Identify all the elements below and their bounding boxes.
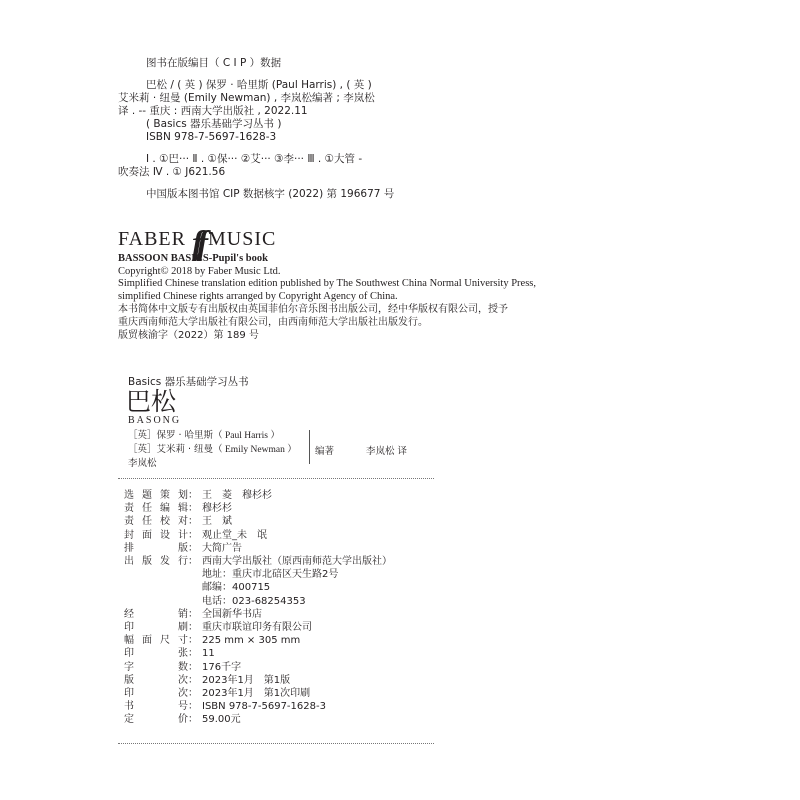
detail-label: 字数 bbox=[124, 661, 188, 674]
detail-label: 印张 bbox=[124, 647, 188, 660]
detail-value: 西南大学出版社（原西南师范大学出版社） bbox=[202, 555, 392, 568]
detail-value: 2023年1月 第1次印刷 bbox=[202, 687, 310, 700]
detail-row: 责任编辑：穆杉杉 bbox=[124, 502, 392, 515]
detail-row: 经销：全国新华书店 bbox=[124, 608, 392, 621]
detail-value: 全国新华书店 bbox=[202, 608, 262, 621]
detail-label: 印刷 bbox=[124, 621, 188, 634]
translation-notice-line: Simplified Chinese translation edition p… bbox=[118, 278, 536, 291]
detail-row: 邮编：400715 bbox=[124, 581, 392, 594]
detail-value: 穆杉杉 bbox=[202, 502, 232, 515]
detail-row: 责任校对：王 斌 bbox=[124, 515, 392, 528]
detail-value: 176千字 bbox=[202, 661, 241, 674]
cip-entry-line: ISBN 978-7-5697-1628-3 bbox=[118, 131, 458, 144]
author-line: ［英］艾米莉 · 纽曼（ Emily Newman ） bbox=[128, 443, 297, 457]
author-name-zh: ［英］保罗 · 哈里斯 bbox=[128, 430, 213, 441]
detail-value: 11 bbox=[202, 647, 215, 660]
original-book-title: BASSOON BASICS-Pupil's book bbox=[118, 253, 536, 266]
detail-value: 观止堂_未 氓 bbox=[202, 529, 267, 542]
detail-value: 225 mm × 305 mm bbox=[202, 634, 300, 647]
detail-label: 选题策划 bbox=[124, 489, 188, 502]
publication-details: 选题策划：王 菱 穆杉杉责任编辑：穆杉杉责任校对：王 斌封面设计：观止堂_未 氓… bbox=[124, 489, 392, 727]
detail-row: 电话：023-68254353 bbox=[124, 595, 392, 608]
detail-label: 封面设计 bbox=[124, 529, 188, 542]
detail-label: 定价 bbox=[124, 713, 188, 726]
detail-label: 责任编辑 bbox=[124, 502, 188, 515]
detail-value: 大简广告 bbox=[202, 542, 242, 555]
detail-value: 59.00元 bbox=[202, 713, 241, 726]
detail-value: 王 菱 穆杉杉 bbox=[202, 489, 272, 502]
copyright-block: BASSOON BASICS-Pupil's book Copyright© 2… bbox=[118, 253, 536, 342]
detail-value: 2023年1月 第1版 bbox=[202, 674, 290, 687]
detail-row: 幅面尺寸：225 mm × 305 mm bbox=[124, 634, 392, 647]
detail-label: 版次 bbox=[124, 674, 188, 687]
detail-row: 地址：重庆市北碚区天生路2号 bbox=[124, 568, 392, 581]
cip-subject-line: 吹奏法 Ⅳ . ① J621.56 bbox=[118, 166, 458, 179]
detail-label: 书号 bbox=[124, 700, 188, 713]
author-name-en: （ Paul Harris ） bbox=[213, 431, 280, 441]
author-line: 李岚松 bbox=[128, 457, 297, 471]
author-name-en: （ Emily Newman ） bbox=[213, 445, 297, 455]
dotted-divider-bottom bbox=[118, 743, 434, 744]
cip-entry-line: ( Basics 器乐基础学习丛书 ) bbox=[118, 118, 458, 131]
cip-subject-line: Ⅰ . ①巴··· Ⅱ . ①保··· ②艾··· ③李··· Ⅲ . ①大管 … bbox=[118, 153, 458, 166]
detail-row: 印刷：重庆市联谊印务有限公司 bbox=[124, 621, 392, 634]
detail-value: 重庆市联谊印务有限公司 bbox=[202, 621, 312, 634]
detail-value: 王 斌 bbox=[202, 515, 232, 528]
cip-heading: 图书在版编目（ C I P ）数据 bbox=[118, 57, 458, 70]
detail-label: 排版 bbox=[124, 542, 188, 555]
rights-notice-zh-line: 本书简体中文版专有出版权由英国菲伯尔音乐图书出版公司，经中华版权有限公司，授予 bbox=[118, 303, 536, 316]
author-role: 编著 bbox=[315, 443, 334, 457]
detail-label: 出版发行 bbox=[124, 555, 188, 568]
cip-data-block: 图书在版编目（ C I P ）数据 巴松 / ( 英 ) 保罗 · 哈里斯 (P… bbox=[118, 57, 458, 201]
detail-value: 地址：重庆市北碚区天生路2号 bbox=[202, 568, 338, 581]
detail-row: 出版发行：西南大学出版社（原西南师范大学出版社） bbox=[124, 555, 392, 568]
author-line: ［英］保罗 · 哈里斯（ Paul Harris ） bbox=[128, 429, 297, 443]
detail-row: 书号：ISBN 978-7-5697-1628-3 bbox=[124, 700, 392, 713]
author-name-zh: 李岚松 bbox=[128, 458, 157, 469]
detail-row: 选题策划：王 菱 穆杉杉 bbox=[124, 489, 392, 502]
detail-value: ISBN 978-7-5697-1628-3 bbox=[202, 700, 326, 713]
detail-row: 印张：11 bbox=[124, 647, 392, 660]
book-title-pinyin: BASONG bbox=[128, 415, 181, 426]
logo-right-word: MUSIC bbox=[208, 228, 276, 251]
translator-credit: 李岚松 译 bbox=[366, 443, 407, 457]
detail-value: 电话：023-68254353 bbox=[202, 595, 306, 608]
detail-value: 邮编：400715 bbox=[202, 581, 270, 594]
detail-label: 经销 bbox=[124, 608, 188, 621]
dotted-divider-top bbox=[118, 478, 434, 479]
detail-label: 印次 bbox=[124, 687, 188, 700]
cip-approval-number: 中国版本图书馆 CIP 数据核字 (2022) 第 196677 号 bbox=[118, 188, 458, 201]
cip-entry-line: 译 . -- 重庆 : 西南大学出版社 , 2022.11 bbox=[118, 105, 458, 118]
detail-row: 印次：2023年1月 第1次印刷 bbox=[124, 687, 392, 700]
detail-label: 幅面尺寸 bbox=[124, 634, 188, 647]
author-list: ［英］保罗 · 哈里斯（ Paul Harris ） ［英］艾米莉 · 纽曼（ … bbox=[128, 429, 297, 471]
author-name-zh: ［英］艾米莉 · 纽曼 bbox=[128, 444, 213, 455]
detail-label: 责任校对 bbox=[124, 515, 188, 528]
detail-row: 字数：176千字 bbox=[124, 661, 392, 674]
cip-entry-line: 艾米莉 · 纽曼 (Emily Newman) , 李岚松编著 ; 李岚松 bbox=[118, 92, 458, 105]
rights-registration-number: 版贸核渝字（2022）第 189 号 bbox=[118, 329, 536, 342]
book-title-zh: 巴松 bbox=[126, 389, 176, 415]
detail-row: 排版：大简广告 bbox=[124, 542, 392, 555]
detail-row: 版次：2023年1月 第1版 bbox=[124, 674, 392, 687]
faber-music-logo: FABER ff MUSIC bbox=[118, 228, 276, 251]
rights-notice-zh-line: 重庆西南师范大学出版社有限公司，由西南师范大学出版社出版发行。 bbox=[118, 316, 536, 329]
translation-notice-line: simplified Chinese rights arranged by Co… bbox=[118, 291, 536, 304]
detail-row: 定价：59.00元 bbox=[124, 713, 392, 726]
detail-row: 封面设计：观止堂_未 氓 bbox=[124, 529, 392, 542]
copyright-notice: Copyright© 2018 by Faber Music Ltd. bbox=[118, 266, 536, 279]
logo-left-word: FABER bbox=[118, 228, 186, 251]
vertical-divider bbox=[309, 430, 310, 464]
ff-logo-icon: ff bbox=[192, 234, 202, 254]
cip-entry-line: 巴松 / ( 英 ) 保罗 · 哈里斯 (Paul Harris) , ( 英 … bbox=[118, 79, 458, 92]
